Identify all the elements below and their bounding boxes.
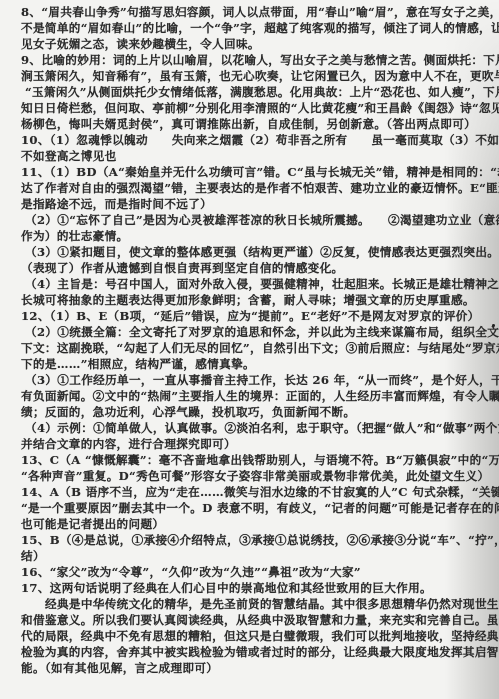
answer-17-essay-line-3: 代的局限，经典中不免有思想的糟粕，但这只是白璧微瑕，我们可以批判地接收，坚持经典…	[21, 628, 483, 644]
answer-11-2-line-2: 作为）的壮志豪情。	[21, 228, 483, 244]
answer-11-3-line-2: （表现了）作者从遗憾到自恨自责再到坚定自信的情感变化。	[21, 260, 483, 276]
answer-17-line-1: 17、这两句话说明了经典在人们心目中的崇高地位和其经世致用的巨大作用。	[21, 580, 483, 596]
answer-12-2-line-1: （2）①统摄全篇：全文寄托了对罗京的追思和怀念，并以此为主线来谋篇布局，组织全文…	[21, 324, 483, 340]
answer-12-1-line-1: 12、（1）B、E（B项，“延后”错误，应为“提前”。E“老好”不是网友对罗京的…	[21, 308, 483, 324]
answer-13-line-1: 13、C（A “慷慨解囊”：毫不吝啬地拿出钱帮助别人，与语境不符。B“万籁俱寂”…	[21, 452, 483, 468]
answer-9-line-2: 涧玉箫闲久，知音稀有”，虽有玉箫，也无心吹奏，让它闲置已久，因为意中人不在，更吹…	[21, 68, 483, 84]
answer-11-2-line-1: （2）①“忘怀了自己”是因为心灵被雄浑苍凉的秋日长城所震撼。 ②渴望建功立业（意…	[21, 212, 483, 228]
answer-17-essay-line-5: 能。（如有其他见解，言之成理即可）	[21, 660, 483, 676]
answer-12-2-line-2: 下文：这副挽联，“勾起了人们无尽的回忆”，自然引出下文；③前后照应：与结尾处“罗…	[21, 340, 483, 356]
answer-12-3-line-3: 绩；反面的，急功近利，心浮气躁，投机取巧，负面新闻不断。	[21, 404, 483, 420]
answer-key-document: 8、“眉共春山争秀”句描写思妇容颜，词人以点带面，用“春山”喻“眉”，意在写女子…	[21, 4, 483, 676]
answer-9-line-1: 9、比喻的妙用：词的上片以山喻眉，以花喻人，写出女子之美与愁情之苦。侧面烘托：下…	[21, 52, 483, 68]
answer-17-essay-line-1: 经典是中华传统文化的精华，是先圣前贤的智慧结晶。其中很多思想精华仍然对现世生活有…	[21, 596, 483, 612]
answer-12-4-line-2: 并结合文章的内容，进行合理探究即可）	[21, 436, 483, 452]
answer-15-line-2: 结）	[21, 548, 483, 564]
answer-9-line-3: “玉箫闲久”从侧面烘托少女情绪低落，满腹愁思。化用典故：上片“恐花也、如人瘦”，…	[21, 84, 483, 100]
answer-8-line-2: 不是简单的“眉如春山”的比喻，一个“争”字，超越了纯客观的描写，倾注了词人的情感…	[21, 20, 483, 36]
answer-16-line-1: 16、“家父”改为“令尊”，“久仰”改为“久违”“鼻祖”改为“大家”	[21, 564, 483, 580]
answer-12-3-line-2: 有负面新闻。②文中的“热闹”主要指人生的境界：正面的，人生经历丰富而辉煌，有令人…	[21, 388, 483, 404]
answer-17-essay-line-4: 检验为真的内容，舍弃其中被实践检验为错或者过时的部分，让经典最大限度地发挥其启智…	[21, 644, 483, 660]
answer-11-4-line-2: 长城可将抽象的主题表达得更加形象鲜明；含蓄，耐人寻味；增强文章的历史厚重感。	[21, 292, 483, 308]
answer-10-line-1: 10、（1）忽魂悸以魄动 失向来之烟霞（2）苟非吾之所有 虽一毫而莫取（3）不如…	[21, 132, 483, 148]
answer-14-line-2: “是一个重要原因”删去其中一个。D 表意不明，有歧义，“记者的问题”可能是记者存…	[21, 500, 483, 516]
answer-11-1-line-3: 是指路途不远，而是指时间不远了）	[21, 196, 483, 212]
answer-17-essay-line-2: 和借鉴意义。所以我们要认真阅读经典，从经典中汲取智慧和力量，来充实和完善自己。虽…	[21, 612, 483, 628]
answer-11-3-line-1: （3）①紧扣题目，使文章的整体感更强（结构更严谨）②反复，使情感表达更强烈突出。…	[21, 244, 483, 260]
scan-speck	[492, 324, 495, 327]
answer-9-line-4: 知日日倚栏愁，但问取、亭前柳”分别化用李清照的“人比黄花瘦”和王昌龄《闺怨》诗“…	[21, 100, 483, 116]
answer-15-line-1: 15、B（④是总说，①承接④介绍特点，③承接①总说绣技，②⑥承接③分说“车”、“…	[21, 532, 483, 548]
answer-10-line-2: 不如登高之博见也	[21, 148, 483, 164]
answer-14-line-3: 也可能是记者提出的问题）	[21, 516, 483, 532]
answer-12-2-line-3: 下的是……”相照应，结构严谨，感情真挚。	[21, 356, 483, 372]
answer-12-3-line-1: （3）①工作经历单一，一直从事播音主持工作，长达 26 年，“从一而终”，是个好…	[21, 372, 483, 388]
answer-11-1-line-1: 11、（1）BD（A“秦始皇并无什么功绩可言”错。C“虽与长城无关”错，精神是相…	[21, 164, 483, 180]
answer-11-4-line-1: （4）主旨是：号召中国人，面对外敌入侵，要强健精神，壮起胆来。长城正是雄壮精神之…	[21, 276, 483, 292]
answer-9-line-5: 杨柳色，悔叫夫婿觅封侯”，真可谓推陈出新，自成佳制，另创新意。（答出两点即可）	[21, 116, 483, 132]
answer-14-line-1: 14、A（B 语序不当，应为“走在……微笑与泪水边缘的不甘寂寞的人”C 句式杂糅…	[21, 484, 483, 500]
answer-8-line-3: 见女子妩媚之态，读来妙趣横生，令人回味。	[21, 36, 483, 52]
answer-13-line-2: “各种声音”重复。D“秀色可餐”形容女子姿容非常美丽或景物非常优美，此处望文生义…	[21, 468, 483, 484]
answer-8-line-1: 8、“眉共春山争秀”句描写思妇容颜，词人以点带面，用“春山”喻“眉”，意在写女子…	[21, 4, 483, 20]
answer-11-1-line-2: 达了作者对自由的强烈渴望”错，主要表达的是作者不怕艰苦、建功立业的豪迈情怀。E“…	[21, 180, 483, 196]
answer-12-4-line-1: （4）示例：①简单做人，认真做事。②淡泊名利，忠于职守。（把握“做人”和“做事”…	[21, 420, 483, 436]
